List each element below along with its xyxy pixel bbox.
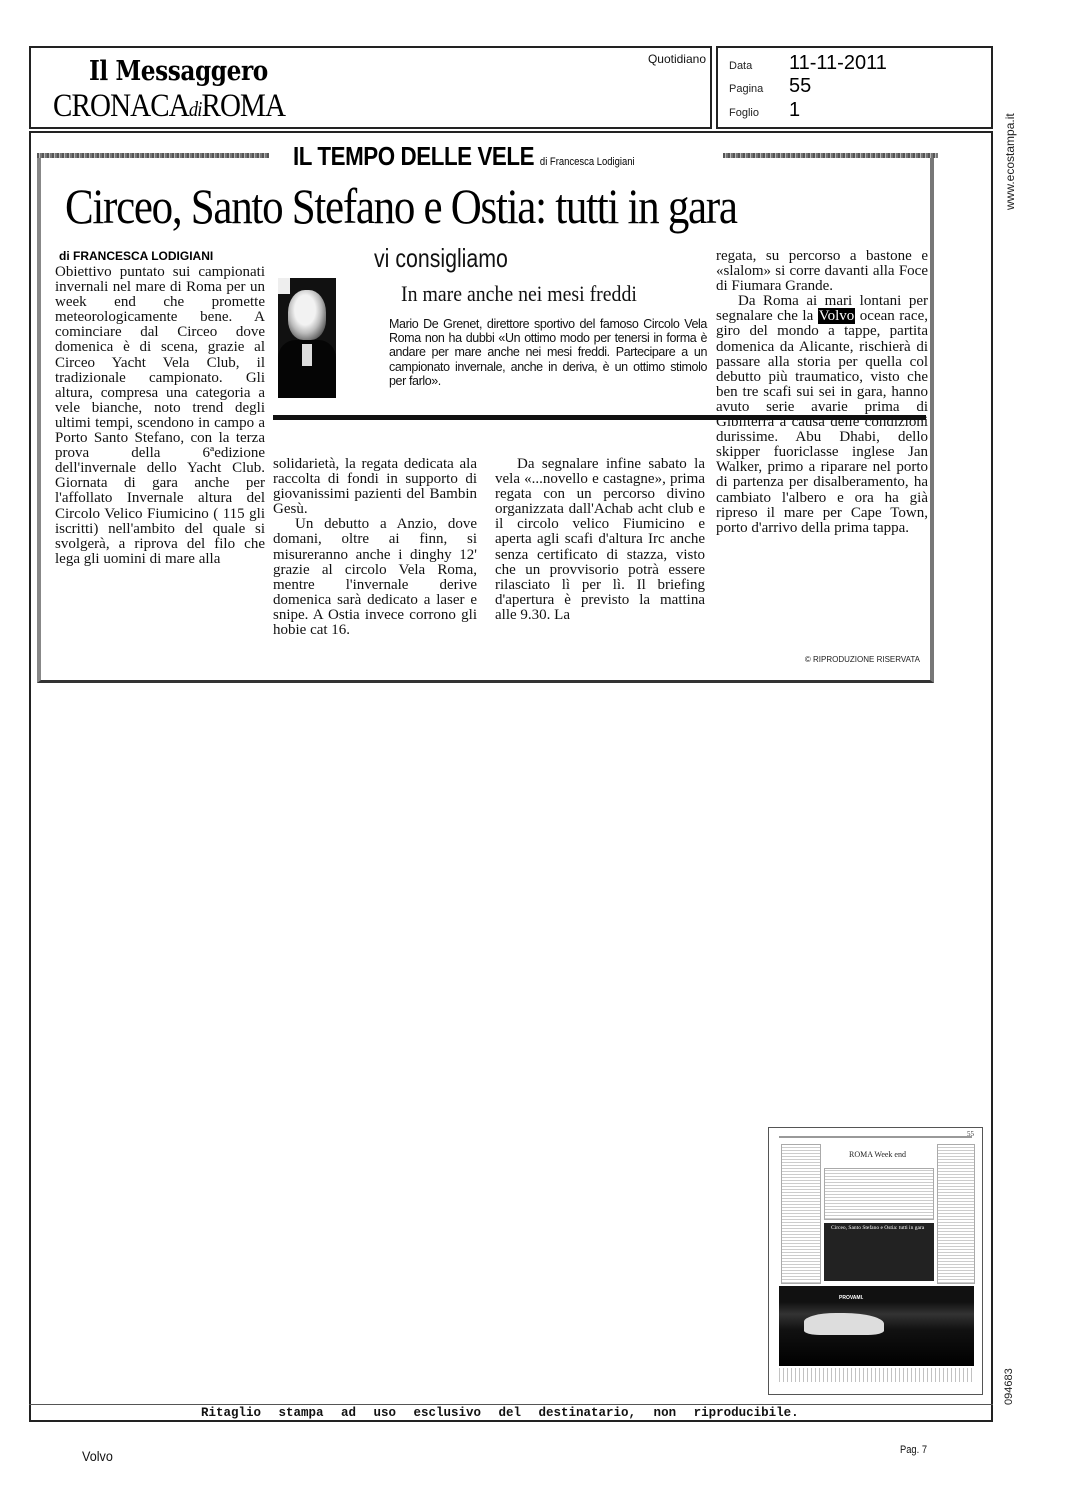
reproduction-notice: Ritaglio stampa ad uso esclusivo del des… [29,1404,993,1422]
side-url: www.ecostampa.it [1003,113,1017,210]
info-row-page: Pagina 55 [729,75,811,98]
sidebar-subtitle: In mare anche nei mesi freddi [401,281,637,307]
rubric-title: IL TEMPO DELLE VELE di Francesca Lodigia… [293,141,635,172]
masthead-box: Il Messaggero CRONACAdiROMA Quotidiano [29,46,712,129]
article-column-2: solidarietà, la regata dedicata ala racc… [273,457,477,638]
page-thumbnail: 55 ROMA Week end Circeo, Santo Stefano e… [768,1127,983,1395]
article-headline: Circeo, Santo Stefano e Ostia: tutti in … [65,177,737,235]
rubric-rule-right [723,153,938,158]
keyword-highlight: Volvo [818,308,856,324]
newspaper-logo: Il Messaggero [89,56,268,87]
article-column-4: regata, su percorso a bastone e «slalom»… [716,249,928,536]
portrait-photo [278,278,336,398]
sidebar-title: vi consigliamo [374,243,508,274]
article-byline: di FRANCESCA LODIGIANI [59,249,213,263]
article-column-3: Da segnalare infine sabato la vela «...n… [495,457,705,623]
article-box: IL TEMPO DELLE VELE di Francesca Lodigia… [37,153,934,683]
section-logo: CRONACAdiROMA [53,88,285,125]
footer-keyword: Volvo [82,1448,113,1464]
footer-page-number: Pag. 7 [900,1444,927,1456]
publication-type: Quotidiano [648,52,706,66]
sidebar-text: Mario De Grenet, direttore sportivo del … [389,317,707,388]
issue-info-box: Data 11-11-2011 Pagina 55 Foglio 1 [716,46,993,129]
side-code: 094683 [1003,1368,1015,1405]
article-column-1: Obiettivo puntato sui campionati inverna… [55,265,265,567]
info-row-date: Data 11-11-2011 [729,52,887,75]
info-row-sheet: Foglio 1 [729,99,800,122]
rubric-rule-left [37,153,269,158]
copyright-note: © RIPRODUZIONE RISERVATA [805,655,920,664]
